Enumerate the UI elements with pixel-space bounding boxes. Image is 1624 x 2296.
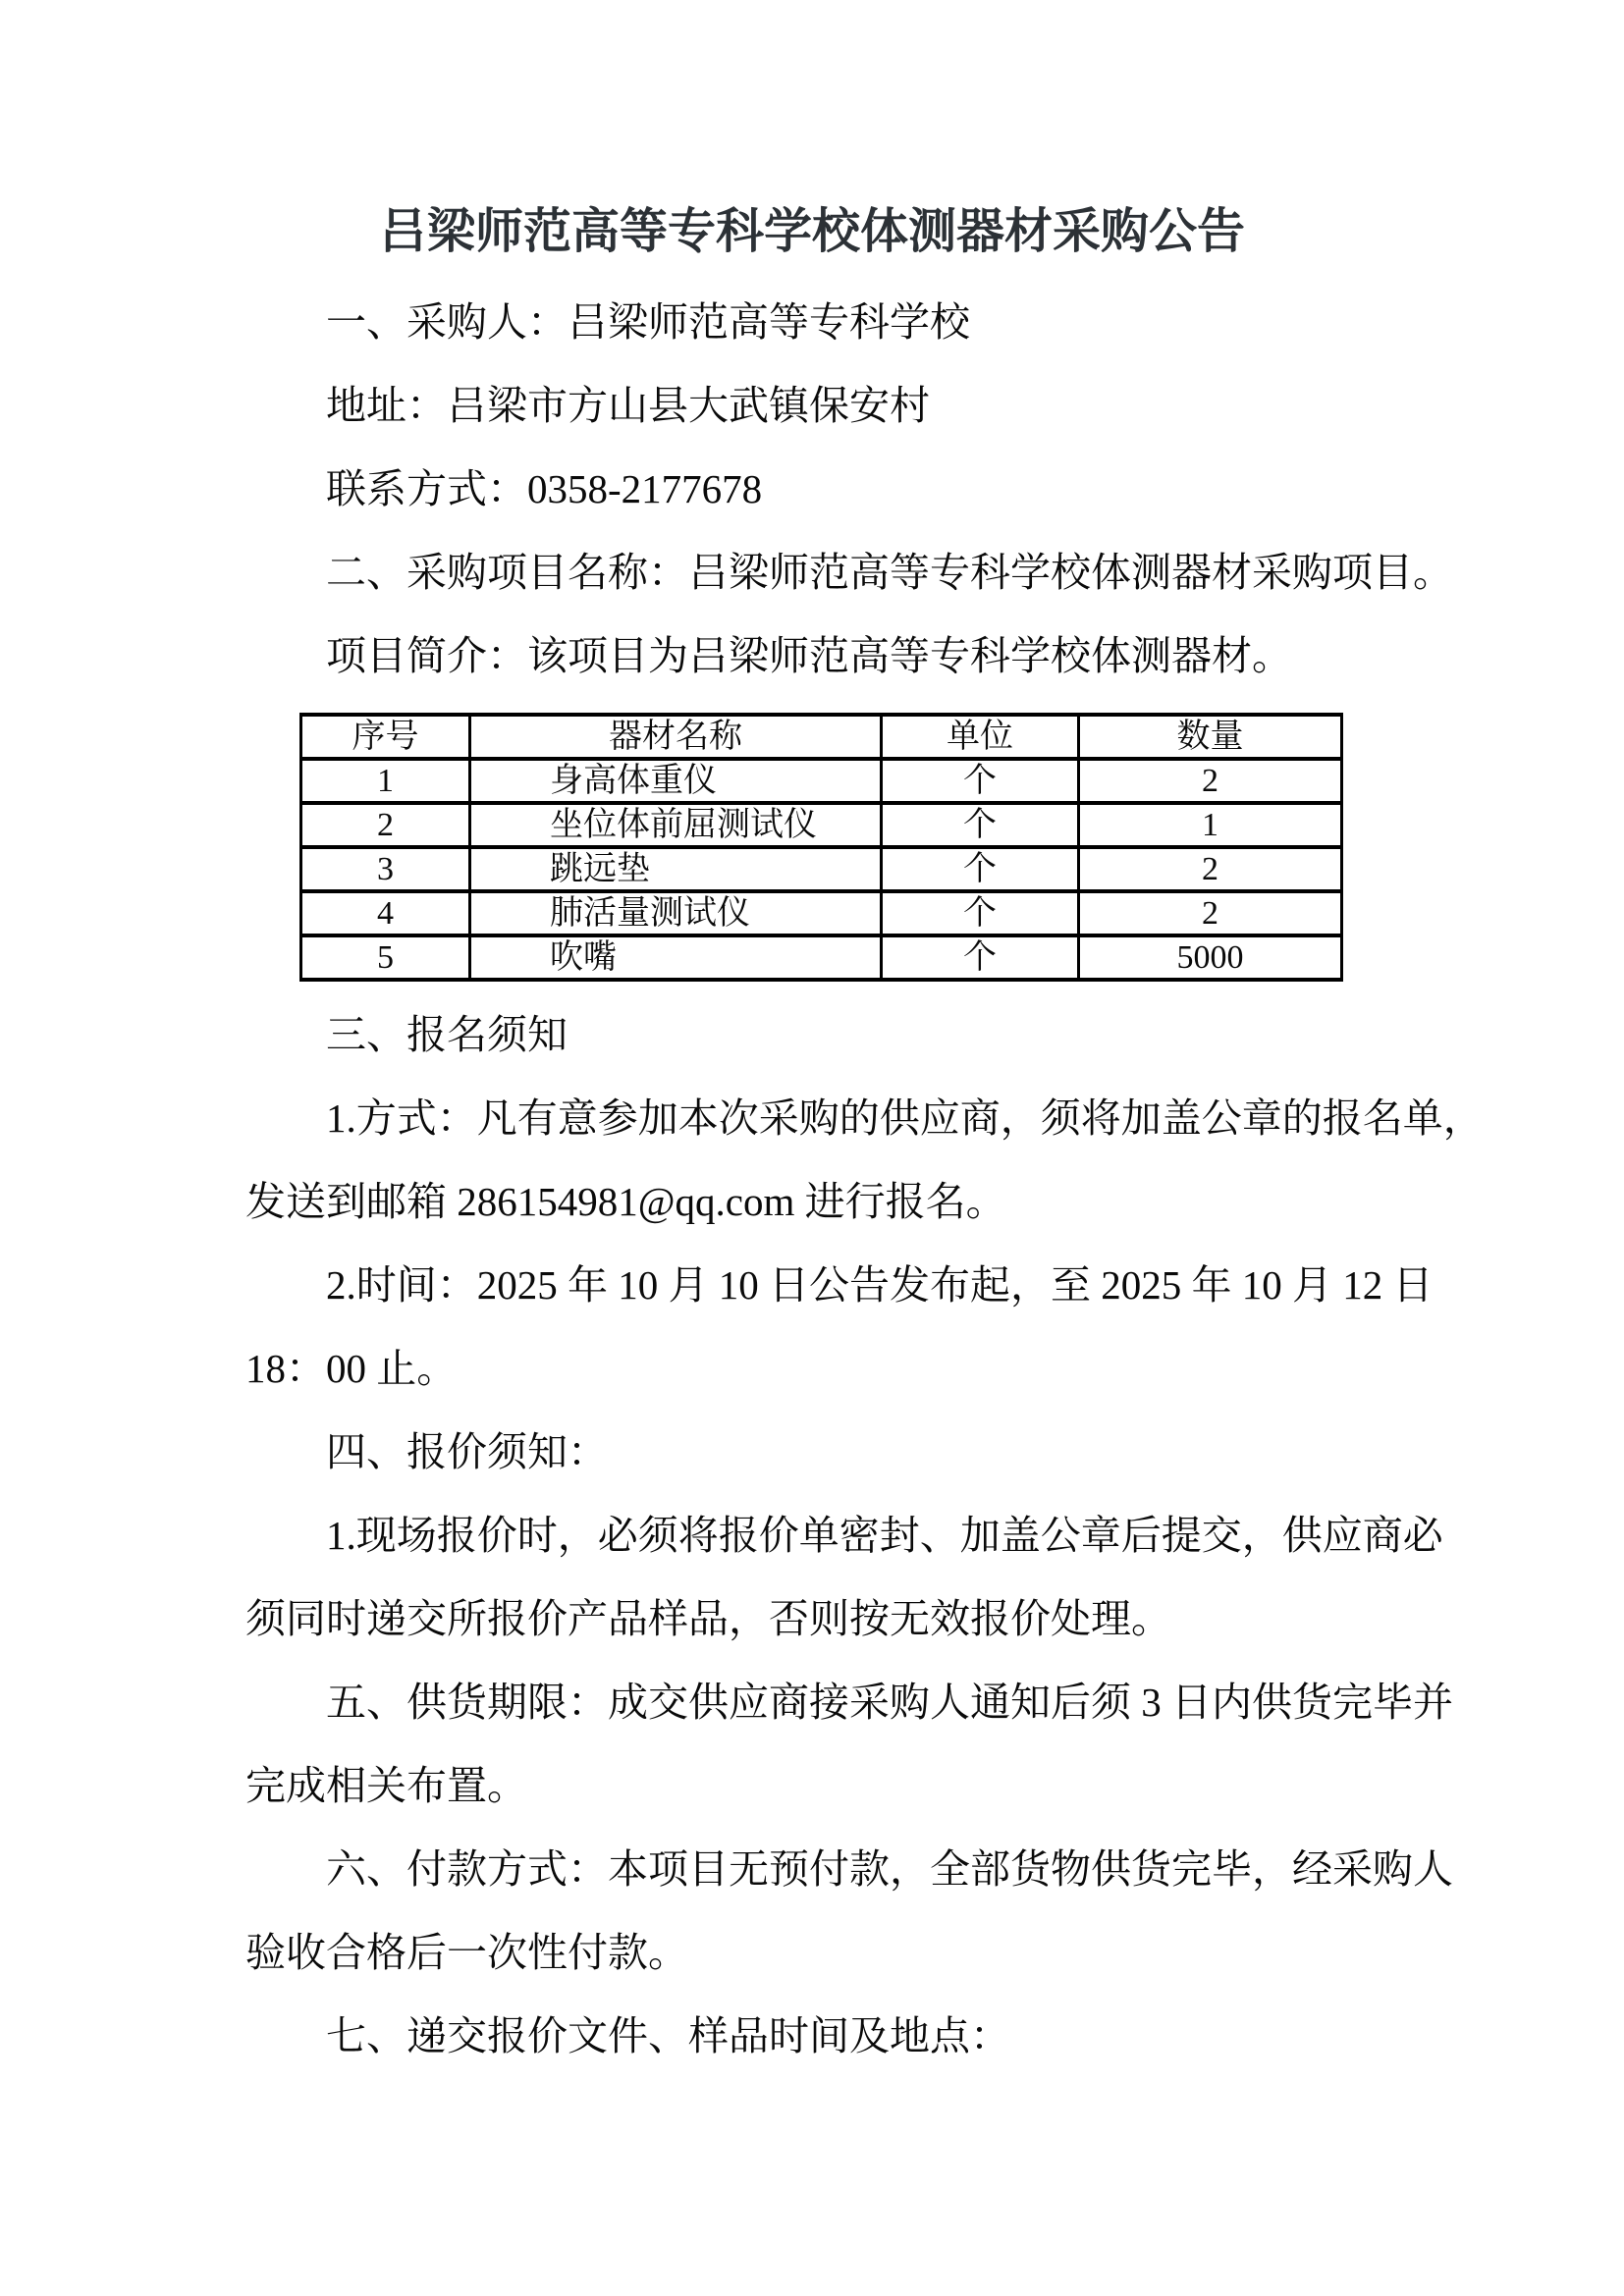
paragraph-line: 七、递交报价文件、样品时间及地点： bbox=[245, 1995, 1394, 2078]
table-cell: 坐位体前屈测试仪 bbox=[470, 803, 882, 847]
table-cell: 2 bbox=[1079, 759, 1342, 803]
paragraph-line: 1.方式：凡有意参加本次采购的供应商，须将加盖公章的报名单， bbox=[245, 1077, 1394, 1160]
table-cell: 身高体重仪 bbox=[470, 759, 882, 803]
table-cell: 1 bbox=[301, 759, 470, 803]
equipment-table: 序号器材名称单位数量 1身高体重仪个22坐位体前屈测试仪个13跳远垫个24肺活量… bbox=[299, 713, 1343, 982]
paragraph-line: 须同时递交所报价产品样品，否则按无效报价处理。 bbox=[245, 1577, 1394, 1661]
table-cell: 4 bbox=[301, 891, 470, 935]
paragraph-line: 六、付款方式：本项目无预付款，全部货物供货完毕，经采购人 bbox=[245, 1828, 1394, 1911]
table-cell: 个 bbox=[882, 891, 1079, 935]
table-cell: 个 bbox=[882, 847, 1079, 891]
document-body: 一、采购人：吕梁师范高等专科学校地址：吕梁市方山县大武镇保安村联系方式：0358… bbox=[245, 281, 1394, 2078]
paragraph-line: 四、报价须知： bbox=[245, 1411, 1394, 1494]
table-cell: 5000 bbox=[1079, 935, 1342, 980]
table-cell: 吹嘴 bbox=[470, 935, 882, 980]
table-cell: 个 bbox=[882, 759, 1079, 803]
paragraph-line: 1.现场报价时，必须将报价单密封、加盖公章后提交，供应商必 bbox=[245, 1494, 1394, 1577]
table-header-cell: 数量 bbox=[1079, 715, 1342, 759]
table-cell: 2 bbox=[301, 803, 470, 847]
equipment-table-body: 1身高体重仪个22坐位体前屈测试仪个13跳远垫个24肺活量测试仪个25吹嘴个50… bbox=[301, 759, 1342, 980]
table-header-cell: 单位 bbox=[882, 715, 1079, 759]
table-row: 2坐位体前屈测试仪个1 bbox=[301, 803, 1342, 847]
table-cell: 3 bbox=[301, 847, 470, 891]
table-cell: 1 bbox=[1079, 803, 1342, 847]
paragraph-line: 联系方式：0358-2177678 bbox=[245, 448, 1394, 531]
table-header-cell: 序号 bbox=[301, 715, 470, 759]
page-title: 吕梁师范高等专科学校体测器材采购公告 bbox=[0, 0, 1624, 267]
paragraph-line: 五、供货期限：成交供应商接采购人通知后须 3 日内供货完毕并 bbox=[245, 1661, 1394, 1744]
paragraph-line: 地址：吕梁市方山县大武镇保安村 bbox=[245, 364, 1394, 448]
document-page: 吕梁师范高等专科学校体测器材采购公告 一、采购人：吕梁师范高等专科学校地址：吕梁… bbox=[0, 0, 1624, 2296]
table-cell: 肺活量测试仪 bbox=[470, 891, 882, 935]
paragraph-line: 二、采购项目名称：吕梁师范高等专科学校体测器材采购项目。 bbox=[245, 531, 1394, 614]
table-row: 1身高体重仪个2 bbox=[301, 759, 1342, 803]
paragraphs-before-table: 一、采购人：吕梁师范高等专科学校地址：吕梁市方山县大武镇保安村联系方式：0358… bbox=[245, 281, 1394, 698]
paragraph-line: 验收合格后一次性付款。 bbox=[245, 1911, 1394, 1995]
table-header-row: 序号器材名称单位数量 bbox=[301, 715, 1342, 759]
table-row: 5吹嘴个5000 bbox=[301, 935, 1342, 980]
paragraph-line: 三、报名须知 bbox=[245, 993, 1394, 1077]
table-header-cell: 器材名称 bbox=[470, 715, 882, 759]
table-cell: 5 bbox=[301, 935, 470, 980]
table-cell: 2 bbox=[1079, 847, 1342, 891]
table-cell: 个 bbox=[882, 935, 1079, 980]
table-cell: 跳远垫 bbox=[470, 847, 882, 891]
paragraph-line: 2.时间：2025 年 10 月 10 日公告发布起，至 2025 年 10 月… bbox=[245, 1244, 1394, 1327]
equipment-table-header: 序号器材名称单位数量 bbox=[301, 715, 1342, 759]
paragraph-line: 发送到邮箱 286154981@qq.com 进行报名。 bbox=[245, 1160, 1394, 1244]
table-cell: 个 bbox=[882, 803, 1079, 847]
paragraphs-after-table: 三、报名须知1.方式：凡有意参加本次采购的供应商，须将加盖公章的报名单，发送到邮… bbox=[245, 993, 1394, 2078]
table-cell: 2 bbox=[1079, 891, 1342, 935]
table-row: 4肺活量测试仪个2 bbox=[301, 891, 1342, 935]
paragraph-line: 完成相关布置。 bbox=[245, 1744, 1394, 1828]
paragraph-line: 18：00 止。 bbox=[245, 1327, 1394, 1411]
paragraph-line: 一、采购人：吕梁师范高等专科学校 bbox=[245, 281, 1394, 364]
paragraph-line: 项目简介：该项目为吕梁师范高等专科学校体测器材。 bbox=[245, 614, 1394, 698]
table-row: 3跳远垫个2 bbox=[301, 847, 1342, 891]
